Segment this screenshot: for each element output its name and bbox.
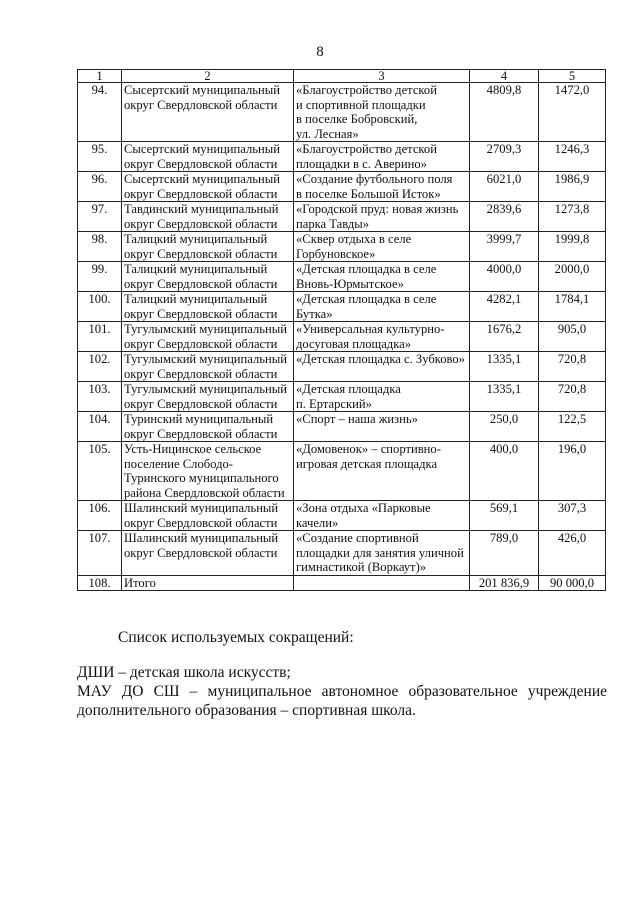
municipality-cell: Шалинский муниципальный округ Свердловск… [122,501,294,531]
project-cell: «Универсальная культурно- досуговая площ… [294,322,470,352]
header-col-3: 3 [294,70,470,83]
row-number: 107. [78,531,122,576]
project-cell: «Зона отдыха «Парковые качели» [294,501,470,531]
project-cell: «Детская площадка в селе Бутка» [294,292,470,322]
project-cell: «Домовенок» – спортивно- игровая детская… [294,442,470,501]
subsidy-cell: 1986,9 [539,172,606,202]
table-row: 98.Талицкий муниципальный округ Свердлов… [78,232,606,262]
table-row: 107.Шалинский муниципальный округ Свердл… [78,531,606,576]
header-col-4: 4 [470,70,539,83]
page-number: 8 [0,44,640,61]
abbreviation-item: ДШИ – детская школа искусств; [77,663,607,682]
municipality-cell: Итого [122,575,294,591]
municipality-cell: Сысертский муниципальный округ Свердловс… [122,83,294,142]
abbreviations-title: Список используемых сокращений: [118,629,354,647]
total-cost-cell: 569,1 [470,501,539,531]
abbreviation-item: МАУ ДО СШ – муниципальное автономное обр… [77,682,607,720]
subsidy-cell: 90 000,0 [539,575,606,591]
table-row: 106.Шалинский муниципальный округ Свердл… [78,501,606,531]
header-col-2: 2 [122,70,294,83]
row-number: 106. [78,501,122,531]
row-number: 96. [78,172,122,202]
subsidy-cell: 426,0 [539,531,606,576]
total-cost-cell: 201 836,9 [470,575,539,591]
row-number: 103. [78,382,122,412]
subsidy-cell: 720,8 [539,382,606,412]
total-cost-cell: 4809,8 [470,83,539,142]
municipality-cell: Тугулымский муниципальный округ Свердлов… [122,322,294,352]
table-row: 96.Сысертский муниципальный округ Свердл… [78,172,606,202]
municipality-cell: Тугулымский муниципальный округ Свердлов… [122,382,294,412]
municipality-cell: Талицкий муниципальный округ Свердловско… [122,232,294,262]
total-cost-cell: 2709,3 [470,142,539,172]
municipality-cell: Шалинский муниципальный округ Свердловск… [122,531,294,576]
project-cell: «Детская площадка п. Ертарский» [294,382,470,412]
table-row: 97.Тавдинский муниципальный округ Свердл… [78,202,606,232]
municipality-cell: Талицкий муниципальный округ Свердловско… [122,292,294,322]
municipality-cell: Сысертский муниципальный округ Свердловс… [122,142,294,172]
project-cell: «Городской пруд: новая жизнь парка Тавды… [294,202,470,232]
total-cost-cell: 2839,6 [470,202,539,232]
total-cost-cell: 1335,1 [470,382,539,412]
subsidy-cell: 2000,0 [539,262,606,292]
total-cost-cell: 4000,0 [470,262,539,292]
projects-table: 1 2 3 4 5 94.Сысертский муниципальный ок… [77,69,606,591]
row-number: 108. [78,575,122,591]
row-number: 100. [78,292,122,322]
project-cell: «Детская площадка в селе Вновь-Юрмытское… [294,262,470,292]
row-number: 98. [78,232,122,262]
row-number: 94. [78,83,122,142]
project-cell: «Детская площадка с. Зубково» [294,352,470,382]
project-cell: «Создание футбольного поля в поселке Бол… [294,172,470,202]
subsidy-cell: 122,5 [539,412,606,442]
municipality-cell: Туринский муниципальный округ Свердловск… [122,412,294,442]
table-row: 105.Усть-Ницинское сельское поселение Сл… [78,442,606,501]
total-cost-cell: 250,0 [470,412,539,442]
project-cell: «Создание спортивной площадки для заняти… [294,531,470,576]
total-cost-cell: 1335,1 [470,352,539,382]
subsidy-cell: 905,0 [539,322,606,352]
subsidy-cell: 196,0 [539,442,606,501]
municipality-cell: Сысертский муниципальный округ Свердловс… [122,172,294,202]
total-cost-cell: 6021,0 [470,172,539,202]
row-number: 104. [78,412,122,442]
table-row: 100.Талицкий муниципальный округ Свердло… [78,292,606,322]
subsidy-cell: 720,8 [539,352,606,382]
total-cost-cell: 3999,7 [470,232,539,262]
total-cost-cell: 1676,2 [470,322,539,352]
header-col-1: 1 [78,70,122,83]
project-cell: «Благоустройство детской и спортивной пл… [294,83,470,142]
project-cell: «Сквер отдыха в селе Горбуновское» [294,232,470,262]
table-row: 94.Сысертский муниципальный округ Свердл… [78,83,606,142]
table-row: 101.Тугулымский муниципальный округ Свер… [78,322,606,352]
municipality-cell: Тугулымский муниципальный округ Свердлов… [122,352,294,382]
project-cell: «Благоустройство детской площадки в с. А… [294,142,470,172]
header-col-5: 5 [539,70,606,83]
table-row: 103.Тугулымский муниципальный округ Свер… [78,382,606,412]
subsidy-cell: 1999,8 [539,232,606,262]
table-row: 102.Тугулымский муниципальный округ Свер… [78,352,606,382]
subsidy-cell: 1246,3 [539,142,606,172]
row-number: 101. [78,322,122,352]
subsidy-cell: 1273,8 [539,202,606,232]
total-cost-cell: 4282,1 [470,292,539,322]
total-cost-cell: 400,0 [470,442,539,501]
total-cost-cell: 789,0 [470,531,539,576]
table-row: 99.Талицкий муниципальный округ Свердлов… [78,262,606,292]
row-number: 102. [78,352,122,382]
row-number: 97. [78,202,122,232]
municipality-cell: Усть-Ницинское сельское поселение Слобод… [122,442,294,501]
row-number: 105. [78,442,122,501]
row-number: 99. [78,262,122,292]
subsidy-cell: 1784,1 [539,292,606,322]
table-row: 95.Сысертский муниципальный округ Свердл… [78,142,606,172]
table-total-row: 108.Итого201 836,990 000,0 [78,575,606,591]
row-number: 95. [78,142,122,172]
table-row: 104.Туринский муниципальный округ Свердл… [78,412,606,442]
subsidy-cell: 1472,0 [539,83,606,142]
municipality-cell: Тавдинский муниципальный округ Свердловс… [122,202,294,232]
municipality-cell: Талицкий муниципальный округ Свердловско… [122,262,294,292]
subsidy-cell: 307,3 [539,501,606,531]
project-cell: «Спорт – наша жизнь» [294,412,470,442]
project-cell [294,575,470,591]
table-header-row: 1 2 3 4 5 [78,70,606,83]
